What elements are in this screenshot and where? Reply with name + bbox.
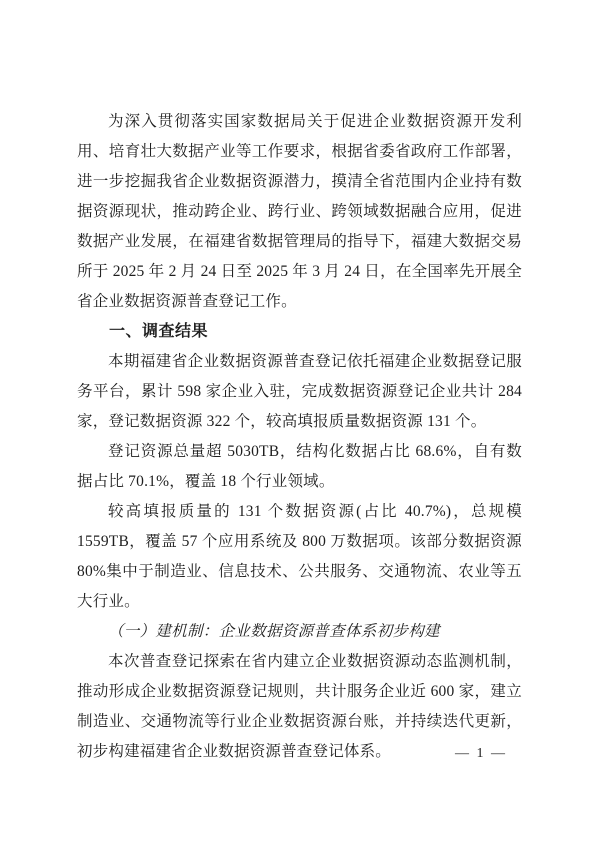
page-number: — 1 — (455, 746, 507, 761)
document-body: 为深入贯彻落实国家数据局关于促进企业数据资源开发利用、培育壮大数据产业等工作要求… (77, 107, 522, 767)
document-page: 为深入贯彻落实国家数据局关于促进企业数据资源开发利用、培育壮大数据产业等工作要求… (0, 0, 595, 841)
section-heading-survey-results: 一、调查结果 (77, 317, 522, 347)
page-footer: — 1 — (455, 744, 507, 764)
paragraph-high-quality-resources: 较高填报质量的 131 个数据资源(占比 40.7%)，总规模 1559TB，覆… (77, 497, 522, 617)
paragraph-registration-stats: 本期福建省企业数据资源普查登记依托福建企业数据登记服务平台，累计 598 家企业… (77, 347, 522, 437)
paragraph-opening: 为深入贯彻落实国家数据局关于促进企业数据资源开发利用、培育壮大数据产业等工作要求… (77, 107, 522, 317)
paragraph-resource-volume: 登记资源总量超 5030TB，结构化数据占比 68.6%，自有数据占比 70.1… (77, 437, 522, 497)
subsection-heading-mechanism: （一）建机制：企业数据资源普查体系初步构建 (77, 617, 522, 647)
